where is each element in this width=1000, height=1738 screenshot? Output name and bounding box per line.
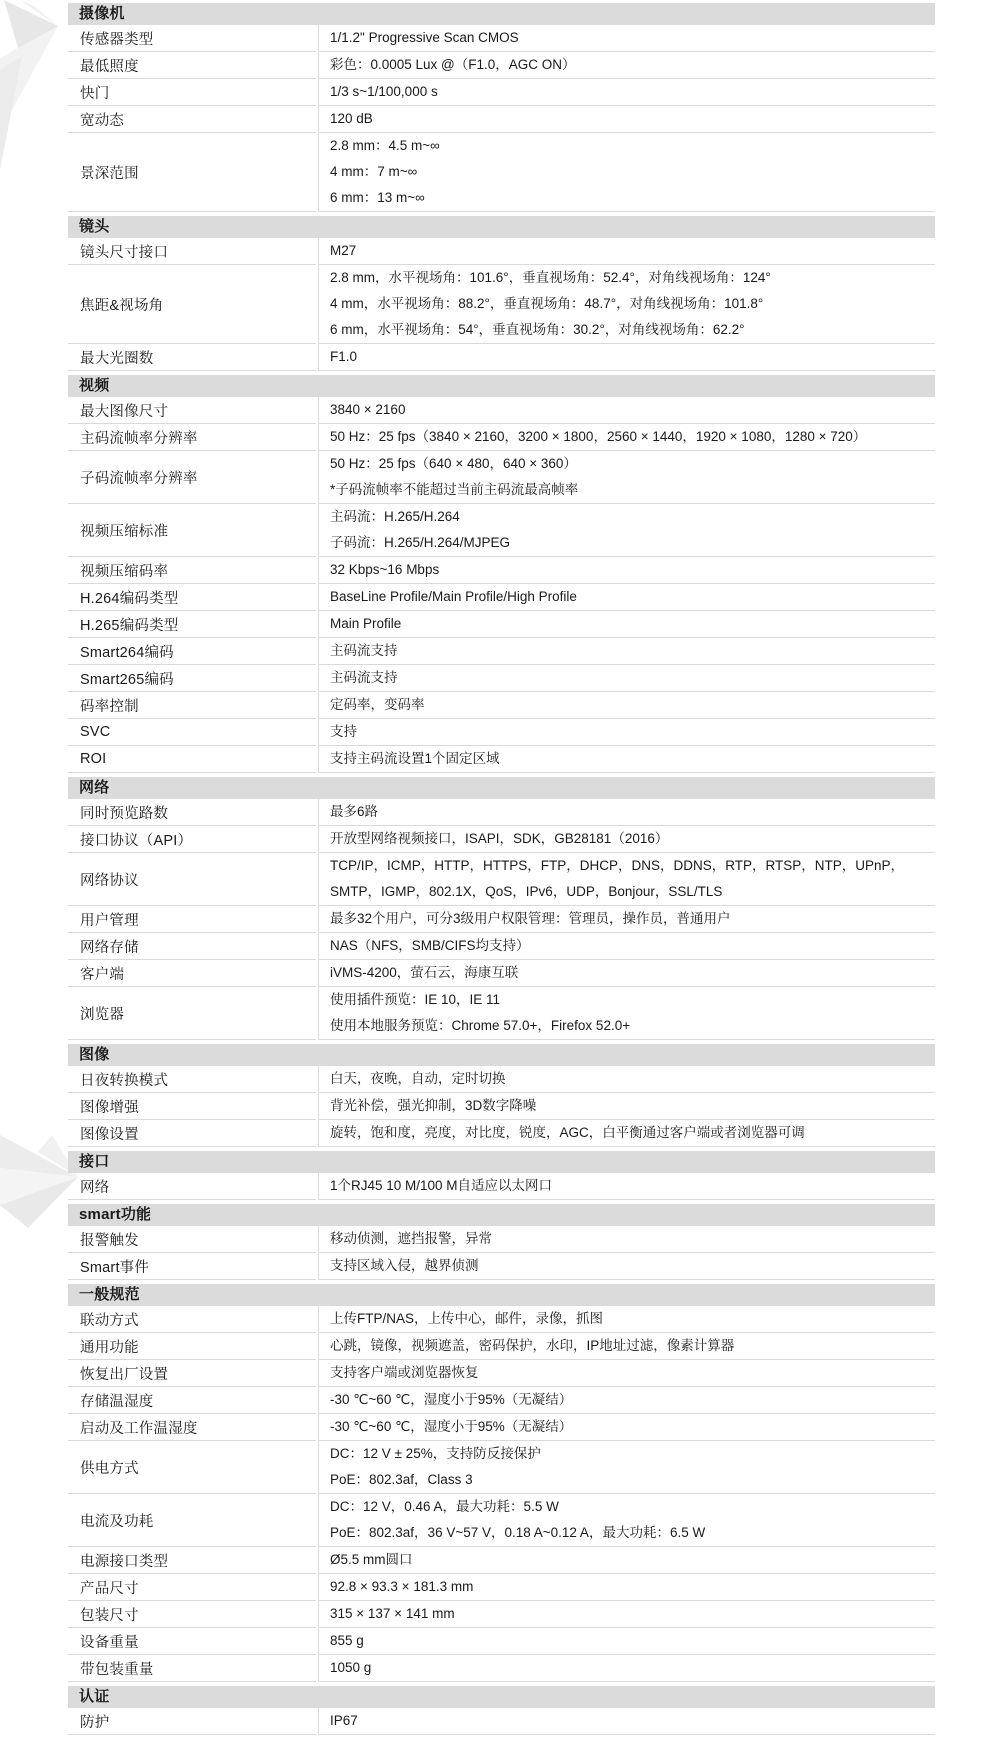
spec-label: 恢复出厂设置 xyxy=(68,1360,316,1387)
section-title: 镜头 xyxy=(79,218,109,235)
spec-label: 通用功能 xyxy=(68,1333,316,1360)
section-title: 一般规范 xyxy=(79,1286,140,1303)
spec-row: 产品尺寸 92.8 × 93.3 × 181.3 mm xyxy=(68,1574,935,1601)
spec-value-line: 120 dB xyxy=(330,106,927,132)
spec-row: 同时预览路数 最多6路 xyxy=(68,799,935,826)
spec-value-line: *子码流帧率不能超过当前主码流最高帧率 xyxy=(330,477,927,503)
spec-row: 最大图像尺寸 3840 × 2160 xyxy=(68,397,935,424)
spec-row: 包装尺寸 315 × 137 × 141 mm xyxy=(68,1601,935,1628)
spec-value: IP67 xyxy=(318,1708,935,1735)
section-title: smart功能 xyxy=(79,1206,151,1223)
spec-value-line: TCP/IP，ICMP，HTTP，HTTPS，FTP，DHCP，DNS，DDNS… xyxy=(330,853,927,905)
spec-value: BaseLine Profile/Main Profile/High Profi… xyxy=(318,584,935,611)
spec-row: 快门 1/3 s~1/100,000 s xyxy=(68,79,935,106)
section-header: 摄像机 xyxy=(68,3,935,25)
spec-value-line: -30 ℃~60 ℃，湿度小于95%（无凝结） xyxy=(330,1414,927,1440)
spec-label: 网络协议 xyxy=(68,853,316,906)
spec-row: 带包装重量 1050 g xyxy=(68,1655,935,1682)
spec-value-line: 主码流支持 xyxy=(330,638,927,664)
section-title: 视频 xyxy=(79,377,109,394)
spec-value: 移动侦测，遮挡报警，异常 xyxy=(318,1226,935,1253)
spec-label: 电流及功耗 xyxy=(68,1494,316,1547)
spec-value-line: 背光补偿，强光抑制，3D数字降噪 xyxy=(330,1093,927,1119)
spec-value: 1/1.2" Progressive Scan CMOS xyxy=(318,25,935,52)
spec-value-line: 50 Hz：25 fps（3840 × 2160，3200 × 1800，256… xyxy=(330,424,927,450)
spec-value-line: 支持主码流设置1个固定区域 xyxy=(330,746,927,772)
spec-row: 供电方式 DC：12 V ± 25%，支持防反接保护PoE：802.3af，Cl… xyxy=(68,1441,935,1494)
spec-value-line: 最多6路 xyxy=(330,799,927,825)
spec-value-line: 定码率，变码率 xyxy=(330,692,927,718)
spec-row: 网络 1个RJ45 10 M/100 M自适应以太网口 xyxy=(68,1173,935,1200)
spec-row: 日夜转换模式 白天，夜晚，自动，定时切换 xyxy=(68,1066,935,1093)
spec-value: DC：12 V ± 25%，支持防反接保护PoE：802.3af，Class 3 xyxy=(318,1441,935,1494)
spec-row: 浏览器 使用插件预览：IE 10，IE 11使用本地服务预览：Chrome 57… xyxy=(68,987,935,1040)
spec-value-line: 1050 g xyxy=(330,1655,927,1681)
spec-value: 92.8 × 93.3 × 181.3 mm xyxy=(318,1574,935,1601)
section-header: 网络 xyxy=(68,777,935,799)
spec-value: 主码流支持 xyxy=(318,665,935,692)
spec-value: 定码率，变码率 xyxy=(318,692,935,719)
spec-row: 启动及工作温湿度 -30 ℃~60 ℃，湿度小于95%（无凝结） xyxy=(68,1414,935,1441)
spec-row: Smart事件 支持区域入侵，越界侦测 xyxy=(68,1253,935,1280)
spec-row: 网络存储 NAS（NFS，SMB/CIFS均支持） xyxy=(68,933,935,960)
spec-value-line: BaseLine Profile/Main Profile/High Profi… xyxy=(330,584,927,610)
spec-value: 旋转，饱和度，亮度，对比度，锐度，AGC，白平衡通过客户端或者浏览器可调 xyxy=(318,1120,935,1147)
spec-label: 带包装重量 xyxy=(68,1655,316,1682)
spec-label: 码率控制 xyxy=(68,692,316,719)
spec-row: 客户端 iVMS-4200，萤石云，海康互联 xyxy=(68,960,935,987)
spec-value-line: F1.0 xyxy=(330,344,927,370)
spec-value: TCP/IP，ICMP，HTTP，HTTPS，FTP，DHCP，DNS，DDNS… xyxy=(318,853,935,906)
spec-row: 最低照度 彩色：0.0005 Lux @（F1.0，AGC ON） xyxy=(68,52,935,79)
spec-label: 接口协议（API） xyxy=(68,826,316,853)
spec-value: 主码流：H.265/H.264子码流：H.265/H.264/MJPEG xyxy=(318,504,935,557)
spec-value-line: 旋转，饱和度，亮度，对比度，锐度，AGC，白平衡通过客户端或者浏览器可调 xyxy=(330,1120,927,1146)
spec-value-line: DC：12 V ± 25%，支持防反接保护 xyxy=(330,1441,927,1467)
spec-label: 供电方式 xyxy=(68,1441,316,1494)
spec-label: 客户端 xyxy=(68,960,316,987)
spec-value-line: 2.8 mm，水平视场角：101.6°，垂直视场角：52.4°，对角线视场角：1… xyxy=(330,265,927,291)
spec-value: iVMS-4200，萤石云，海康互联 xyxy=(318,960,935,987)
spec-value: 支持主码流设置1个固定区域 xyxy=(318,746,935,773)
spec-label: 最大光圈数 xyxy=(68,344,316,371)
spec-label: 视频压缩标准 xyxy=(68,504,316,557)
spec-row: 接口协议（API） 开放型网络视频接口，ISAPI，SDK，GB28181（20… xyxy=(68,826,935,853)
section-header: 接口 xyxy=(68,1151,935,1173)
spec-row: SVC 支持 xyxy=(68,719,935,746)
spec-value: NAS（NFS，SMB/CIFS均支持） xyxy=(318,933,935,960)
spec-value: 315 × 137 × 141 mm xyxy=(318,1601,935,1628)
spec-value: 3840 × 2160 xyxy=(318,397,935,424)
spec-value-line: 1/3 s~1/100,000 s xyxy=(330,79,927,105)
spec-label: 传感器类型 xyxy=(68,25,316,52)
spec-row: 电流及功耗 DC：12 V，0.46 A，最大功耗：5.5 WPoE：802.3… xyxy=(68,1494,935,1547)
spec-label: 启动及工作温湿度 xyxy=(68,1414,316,1441)
spec-row: H.265编码类型 Main Profile xyxy=(68,611,935,638)
spec-label: Smart265编码 xyxy=(68,665,316,692)
spec-value: 50 Hz：25 fps（3840 × 2160，3200 × 1800，256… xyxy=(318,424,935,451)
spec-value: 支持 xyxy=(318,719,935,746)
spec-value-line: 主码流支持 xyxy=(330,665,927,691)
spec-label: Smart事件 xyxy=(68,1253,316,1280)
spec-label: ROI xyxy=(68,746,316,773)
spec-value: 1/3 s~1/100,000 s xyxy=(318,79,935,106)
section-header: 视频 xyxy=(68,375,935,397)
spec-value: 120 dB xyxy=(318,106,935,133)
spec-row: 通用功能 心跳，镜像，视频遮盖，密码保护，水印，IP地址过滤，像素计算器 xyxy=(68,1333,935,1360)
spec-value: 心跳，镜像，视频遮盖，密码保护，水印，IP地址过滤，像素计算器 xyxy=(318,1333,935,1360)
spec-value-line: Ø5.5 mm圆口 xyxy=(330,1547,927,1573)
spec-label: 包装尺寸 xyxy=(68,1601,316,1628)
spec-label: H.265编码类型 xyxy=(68,611,316,638)
spec-label: 最低照度 xyxy=(68,52,316,79)
spec-value-line: 4 mm，水平视场角：88.2°，垂直视场角：48.7°，对角线视场角：101.… xyxy=(330,291,927,317)
spec-label: 镜头尺寸接口 xyxy=(68,238,316,265)
spec-row: 图像设置 旋转，饱和度，亮度，对比度，锐度，AGC，白平衡通过客户端或者浏览器可… xyxy=(68,1120,935,1147)
spec-label: 视频压缩码率 xyxy=(68,557,316,584)
section-header: smart功能 xyxy=(68,1204,935,1226)
spec-value: -30 ℃~60 ℃，湿度小于95%（无凝结） xyxy=(318,1387,935,1414)
spec-row: 镜头尺寸接口 M27 xyxy=(68,238,935,265)
spec-value-line: 白天，夜晚，自动，定时切换 xyxy=(330,1066,927,1092)
spec-value: -30 ℃~60 ℃，湿度小于95%（无凝结） xyxy=(318,1414,935,1441)
spec-row: 宽动态 120 dB xyxy=(68,106,935,133)
spec-value-line: DC：12 V，0.46 A，最大功耗：5.5 W xyxy=(330,1494,927,1520)
spec-value-line: 4 mm：7 m~∞ xyxy=(330,159,927,185)
spec-value: 2.8 mm，水平视场角：101.6°，垂直视场角：52.4°，对角线视场角：1… xyxy=(318,265,935,344)
spec-value: F1.0 xyxy=(318,344,935,371)
spec-row: 视频压缩标准 主码流：H.265/H.264子码流：H.265/H.264/MJ… xyxy=(68,504,935,557)
spec-label: 日夜转换模式 xyxy=(68,1066,316,1093)
spec-label: 同时预览路数 xyxy=(68,799,316,826)
spec-row: 最大光圈数 F1.0 xyxy=(68,344,935,371)
section-title: 接口 xyxy=(79,1153,109,1170)
spec-value: 彩色：0.0005 Lux @（F1.0，AGC ON） xyxy=(318,52,935,79)
spec-value-line: 2.8 mm：4.5 m~∞ xyxy=(330,133,927,159)
spec-row: 恢复出厂设置 支持客户端或浏览器恢复 xyxy=(68,1360,935,1387)
spec-table: 摄像机 传感器类型 1/1.2" Progressive Scan CMOS 最… xyxy=(68,3,935,1735)
spec-value-line: M27 xyxy=(330,238,927,264)
spec-value: 1050 g xyxy=(318,1655,935,1682)
spec-value-line: 使用插件预览：IE 10，IE 11 xyxy=(330,987,927,1013)
spec-value-line: 彩色：0.0005 Lux @（F1.0，AGC ON） xyxy=(330,52,927,78)
spec-value: Main Profile xyxy=(318,611,935,638)
section-title: 认证 xyxy=(79,1688,109,1705)
spec-label: 网络存储 xyxy=(68,933,316,960)
spec-value: 白天，夜晚，自动，定时切换 xyxy=(318,1066,935,1093)
section-title: 摄像机 xyxy=(79,5,125,22)
spec-label: 设备重量 xyxy=(68,1628,316,1655)
spec-value-line: 移动侦测，遮挡报警，异常 xyxy=(330,1226,927,1252)
spec-value-line: 1个RJ45 10 M/100 M自适应以太网口 xyxy=(330,1173,927,1199)
spec-value-line: 支持客户端或浏览器恢复 xyxy=(330,1360,927,1386)
spec-value: 开放型网络视频接口，ISAPI，SDK，GB28181（2016） xyxy=(318,826,935,853)
spec-label: 报警触发 xyxy=(68,1226,316,1253)
spec-label: 焦距&视场角 xyxy=(68,265,316,344)
spec-label: 图像增强 xyxy=(68,1093,316,1120)
spec-value-line: 上传FTP/NAS，上传中心，邮件，录像，抓图 xyxy=(330,1306,927,1332)
spec-label: 网络 xyxy=(68,1173,316,1200)
section-header: 镜头 xyxy=(68,216,935,238)
spec-label: 景深范围 xyxy=(68,133,316,212)
spec-value: 2.8 mm：4.5 m~∞4 mm：7 m~∞6 mm：13 m~∞ xyxy=(318,133,935,212)
spec-label: 宽动态 xyxy=(68,106,316,133)
spec-row: 电源接口类型 Ø5.5 mm圆口 xyxy=(68,1547,935,1574)
spec-label: 浏览器 xyxy=(68,987,316,1040)
spec-value-line: 6 mm，水平视场角：54°，垂直视场角：30.2°，对角线视场角：62.2° xyxy=(330,317,927,343)
spec-row: 报警触发 移动侦测，遮挡报警，异常 xyxy=(68,1226,935,1253)
spec-value: 50 Hz：25 fps（640 × 480，640 × 360）*子码流帧率不… xyxy=(318,451,935,504)
spec-row: Smart265编码 主码流支持 xyxy=(68,665,935,692)
spec-value-line: 50 Hz：25 fps（640 × 480，640 × 360） xyxy=(330,451,927,477)
spec-label: 快门 xyxy=(68,79,316,106)
spec-row: 视频压缩码率 32 Kbps~16 Mbps xyxy=(68,557,935,584)
spec-value: 最多32个用户，可分3级用户权限管理：管理员，操作员，普通用户 xyxy=(318,906,935,933)
section-title: 图像 xyxy=(79,1046,109,1063)
spec-value: 支持区域入侵，越界侦测 xyxy=(318,1253,935,1280)
spec-value-line: 3840 × 2160 xyxy=(330,397,927,423)
spec-row: 景深范围 2.8 mm：4.5 m~∞4 mm：7 m~∞6 mm：13 m~∞ xyxy=(68,133,935,212)
spec-label: 电源接口类型 xyxy=(68,1547,316,1574)
spec-value-line: 92.8 × 93.3 × 181.3 mm xyxy=(330,1574,927,1600)
spec-value: 背光补偿，强光抑制，3D数字降噪 xyxy=(318,1093,935,1120)
spec-value-line: 6 mm：13 m~∞ xyxy=(330,185,927,211)
spec-value-line: 子码流：H.265/H.264/MJPEG xyxy=(330,530,927,556)
spec-value-line: 开放型网络视频接口，ISAPI，SDK，GB28181（2016） xyxy=(330,826,927,852)
spec-row: 图像增强 背光补偿，强光抑制，3D数字降噪 xyxy=(68,1093,935,1120)
spec-row: 存储温湿度 -30 ℃~60 ℃，湿度小于95%（无凝结） xyxy=(68,1387,935,1414)
spec-row: 联动方式 上传FTP/NAS，上传中心，邮件，录像，抓图 xyxy=(68,1306,935,1333)
spec-value: 1个RJ45 10 M/100 M自适应以太网口 xyxy=(318,1173,935,1200)
spec-value: 最多6路 xyxy=(318,799,935,826)
spec-value: DC：12 V，0.46 A，最大功耗：5.5 WPoE：802.3af，36 … xyxy=(318,1494,935,1547)
spec-value-line: 支持 xyxy=(330,719,927,745)
spec-label: 子码流帧率分辨率 xyxy=(68,451,316,504)
section-title: 网络 xyxy=(79,779,109,796)
section-header: 认证 xyxy=(68,1686,935,1708)
spec-label: 防护 xyxy=(68,1708,316,1735)
spec-value-line: 支持区域入侵，越界侦测 xyxy=(330,1253,927,1279)
spec-row: 子码流帧率分辨率 50 Hz：25 fps（640 × 480，640 × 36… xyxy=(68,451,935,504)
spec-row: H.264编码类型 BaseLine Profile/Main Profile/… xyxy=(68,584,935,611)
spec-row: 设备重量 855 g xyxy=(68,1628,935,1655)
spec-value: M27 xyxy=(318,238,935,265)
spec-label: 存储温湿度 xyxy=(68,1387,316,1414)
spec-label: Smart264编码 xyxy=(68,638,316,665)
spec-value-line: 32 Kbps~16 Mbps xyxy=(330,557,927,583)
spec-value: 主码流支持 xyxy=(318,638,935,665)
spec-row: 主码流帧率分辨率 50 Hz：25 fps（3840 × 2160，3200 ×… xyxy=(68,424,935,451)
spec-value: 855 g xyxy=(318,1628,935,1655)
spec-row: 用户管理 最多32个用户，可分3级用户权限管理：管理员，操作员，普通用户 xyxy=(68,906,935,933)
spec-value-line: PoE：802.3af，36 V~57 V，0.18 A~0.12 A，最大功耗… xyxy=(330,1520,927,1546)
spec-value: 使用插件预览：IE 10，IE 11使用本地服务预览：Chrome 57.0+，… xyxy=(318,987,935,1040)
spec-row: 码率控制 定码率，变码率 xyxy=(68,692,935,719)
spec-sheet-page: { "colors": { "section_header_bg": "#dbd… xyxy=(0,0,1000,1738)
spec-label: 主码流帧率分辨率 xyxy=(68,424,316,451)
spec-row: 网络协议 TCP/IP，ICMP，HTTP，HTTPS，FTP，DHCP，DNS… xyxy=(68,853,935,906)
spec-label: 图像设置 xyxy=(68,1120,316,1147)
spec-value: Ø5.5 mm圆口 xyxy=(318,1547,935,1574)
section-header: 一般规范 xyxy=(68,1284,935,1306)
spec-value-line: 855 g xyxy=(330,1628,927,1654)
spec-row: 防护 IP67 xyxy=(68,1708,935,1735)
spec-row: Smart264编码 主码流支持 xyxy=(68,638,935,665)
spec-value-line: 1/1.2" Progressive Scan CMOS xyxy=(330,25,927,51)
spec-label: H.264编码类型 xyxy=(68,584,316,611)
spec-value-line: iVMS-4200，萤石云，海康互联 xyxy=(330,960,927,986)
spec-value-line: 最多32个用户，可分3级用户权限管理：管理员，操作员，普通用户 xyxy=(330,906,927,932)
spec-label: 产品尺寸 xyxy=(68,1574,316,1601)
spec-value-line: IP67 xyxy=(330,1708,927,1734)
spec-value-line: 心跳，镜像，视频遮盖，密码保护，水印，IP地址过滤，像素计算器 xyxy=(330,1333,927,1359)
watermark-graphic-top xyxy=(0,0,70,180)
spec-row: ROI 支持主码流设置1个固定区域 xyxy=(68,746,935,773)
spec-value-line: 使用本地服务预览：Chrome 57.0+，Firefox 52.0+ xyxy=(330,1013,927,1039)
spec-value-line: Main Profile xyxy=(330,611,927,637)
spec-value: 上传FTP/NAS，上传中心，邮件，录像，抓图 xyxy=(318,1306,935,1333)
spec-value: 支持客户端或浏览器恢复 xyxy=(318,1360,935,1387)
spec-label: SVC xyxy=(68,719,316,746)
spec-row: 焦距&视场角 2.8 mm，水平视场角：101.6°，垂直视场角：52.4°，对… xyxy=(68,265,935,344)
spec-label: 联动方式 xyxy=(68,1306,316,1333)
spec-value-line: PoE：802.3af，Class 3 xyxy=(330,1467,927,1493)
spec-label: 用户管理 xyxy=(68,906,316,933)
spec-value: 32 Kbps~16 Mbps xyxy=(318,557,935,584)
spec-value-line: 315 × 137 × 141 mm xyxy=(330,1601,927,1627)
section-header: 图像 xyxy=(68,1044,935,1066)
spec-label: 最大图像尺寸 xyxy=(68,397,316,424)
spec-value-line: -30 ℃~60 ℃，湿度小于95%（无凝结） xyxy=(330,1387,927,1413)
spec-value-line: 主码流：H.265/H.264 xyxy=(330,504,927,530)
spec-value-line: NAS（NFS，SMB/CIFS均支持） xyxy=(330,933,927,959)
spec-row: 传感器类型 1/1.2" Progressive Scan CMOS xyxy=(68,25,935,52)
